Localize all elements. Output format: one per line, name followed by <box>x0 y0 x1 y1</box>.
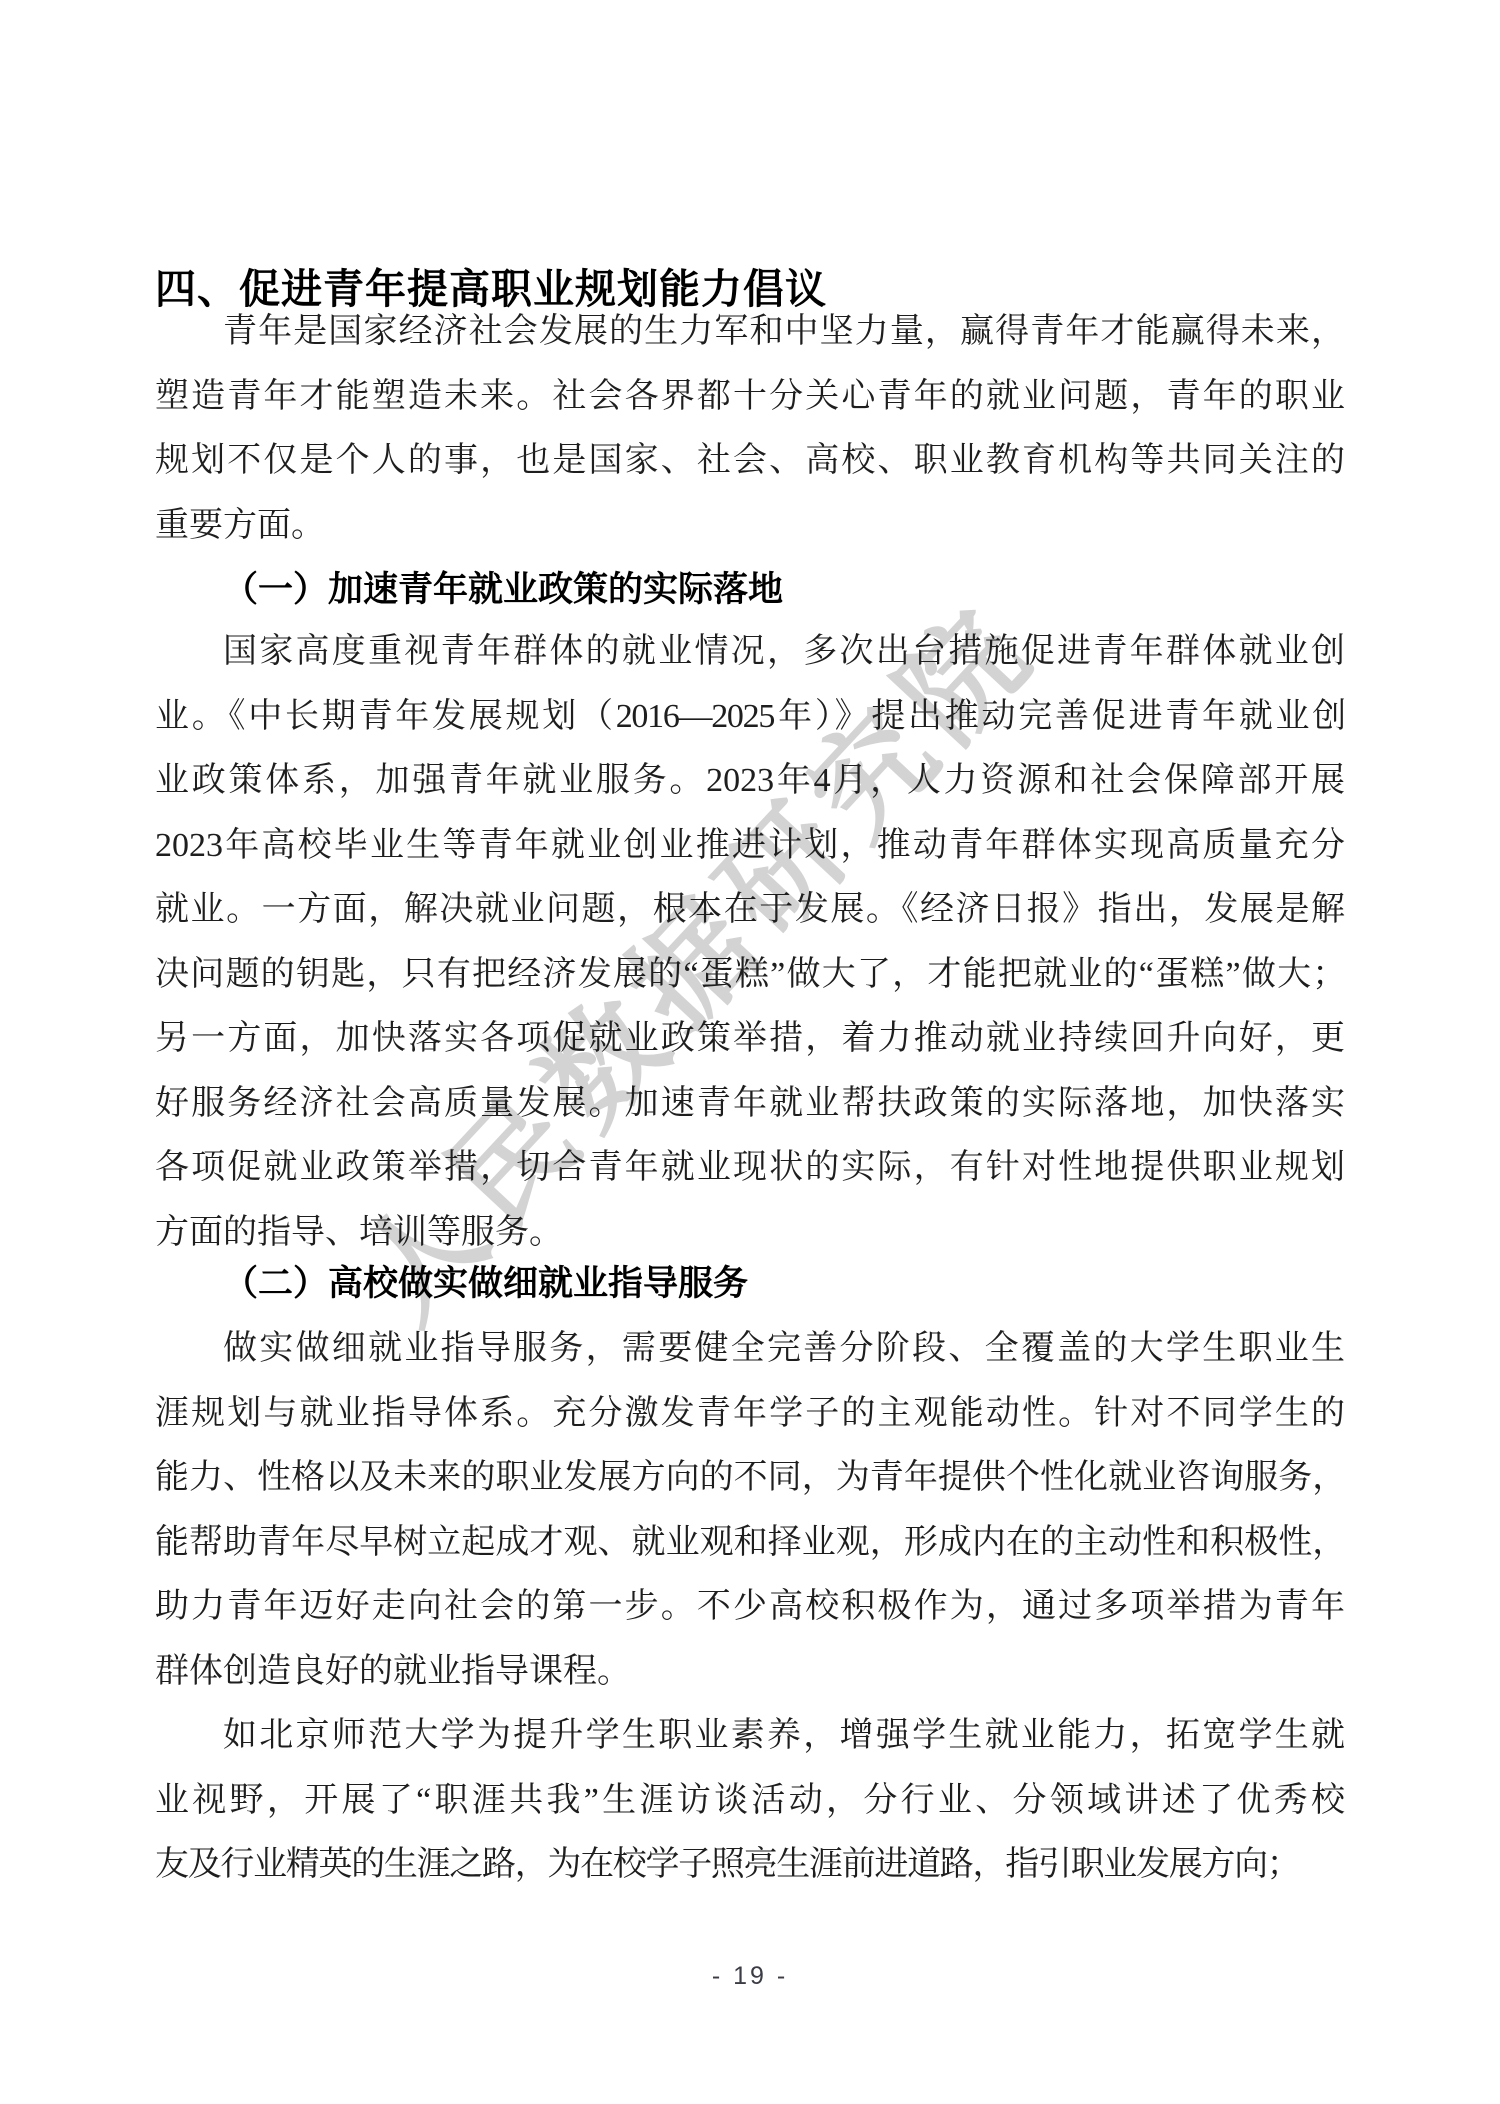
text-line: 各项促就业政策举措，切合青年就业现状的实际，有针对性地提供职业规划 <box>155 1136 1345 1201</box>
text-line: 友及行业精英的生涯之路，为在校学子照亮生涯前进道路，指引职业发展方向； <box>155 1833 1345 1898</box>
text-line: 2023年高校毕业生等青年就业创业推进计划，推动青年群体实现高质量充分 <box>155 814 1345 879</box>
section-2-paragraph: 做实做细就业指导服务，需要健全完善分阶段、全覆盖的大学生职业生 涯规划与就业指导… <box>155 1317 1345 1704</box>
text-line: 涯规划与就业指导体系。充分激发青年学子的主观能动性。针对不同学生的 <box>155 1382 1345 1447</box>
text-line: 能帮助青年尽早树立起成才观、就业观和择业观，形成内在的主动性和积极性， <box>155 1511 1345 1576</box>
page-number: - 19 - <box>0 1962 1500 1991</box>
text-line: 助力青年迈好走向社会的第一步。不少高校积极作为，通过多项举措为青年 <box>155 1575 1345 1640</box>
text-line: 塑造青年才能塑造未来。社会各界都十分关心青年的就业问题，青年的职业 <box>155 365 1345 430</box>
intro-paragraph: 青年是国家经济社会发展的生力军和中坚力量，赢得青年才能赢得未来， 塑造青年才能塑… <box>155 300 1345 558</box>
text-line: 业政策体系，加强青年就业服务。2023年4月，人力资源和社会保障部开展 <box>155 749 1345 814</box>
section-3-paragraph: 如北京师范大学为提升学生职业素养，增强学生就业能力，拓宽学生就 业视野，开展了“… <box>155 1704 1345 1898</box>
section-1-heading: （一）加速青年就业政策的实际落地 <box>223 558 783 623</box>
text-line: 如北京师范大学为提升学生职业素养，增强学生就业能力，拓宽学生就 <box>155 1704 1345 1769</box>
text-line: 业。《中长期青年发展规划（2016—2025年）》提出推动完善促进青年就业创 <box>155 685 1345 750</box>
text-line: 就业。一方面，解决就业问题，根本在于发展。《经济日报》指出，发展是解 <box>155 878 1345 943</box>
section-1-paragraph: 国家高度重视青年群体的就业情况，多次出台措施促进青年群体就业创 业。《中长期青年… <box>155 620 1345 1265</box>
text-line: 国家高度重视青年群体的就业情况，多次出台措施促进青年群体就业创 <box>155 620 1345 685</box>
text-line: 决问题的钥匙，只有把经济发展的“蛋糕”做大了，才能把就业的“蛋糕”做大； <box>155 943 1345 1008</box>
text-line: 另一方面，加快落实各项促就业政策举措，着力推动就业持续回升向好，更 <box>155 1007 1345 1072</box>
text-line: 群体创造良好的就业指导课程。 <box>155 1640 1345 1705</box>
text-line: 能力、性格以及未来的职业发展方向的不同，为青年提供个性化就业咨询服务， <box>155 1446 1345 1511</box>
text-line: 做实做细就业指导服务，需要健全完善分阶段、全覆盖的大学生职业生 <box>155 1317 1345 1382</box>
text-line: 青年是国家经济社会发展的生力军和中坚力量，赢得青年才能赢得未来， <box>155 300 1345 365</box>
text-line: 好服务经济社会高质量发展。加速青年就业帮扶政策的实际落地，加快落实 <box>155 1072 1345 1137</box>
text-line: 业视野，开展了“职涯共我”生涯访谈活动，分行业、分领域讲述了优秀校 <box>155 1769 1345 1834</box>
text-line: 规划不仅是个人的事，也是国家、社会、高校、职业教育机构等共同关注的 <box>155 429 1345 494</box>
text-line: 重要方面。 <box>155 494 1345 559</box>
section-2-heading: （二）高校做实做细就业指导服务 <box>223 1252 748 1317</box>
